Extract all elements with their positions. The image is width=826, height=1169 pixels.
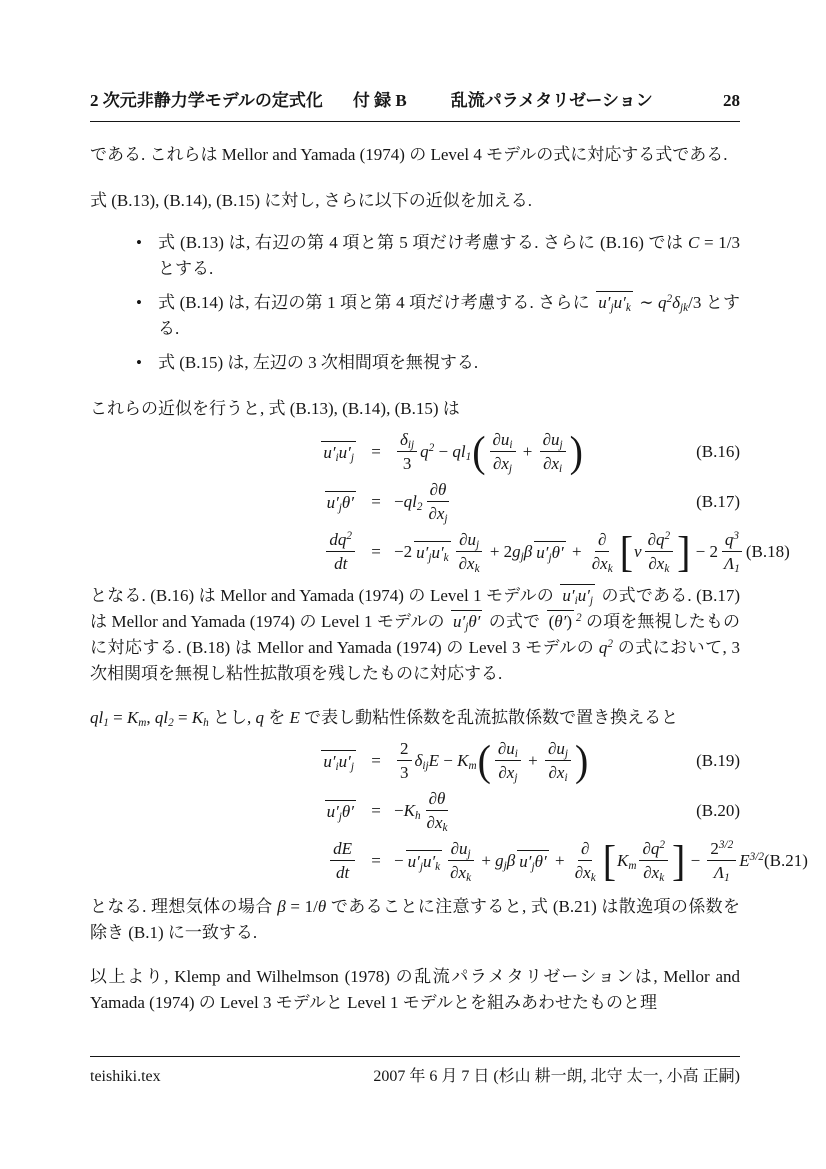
math-token: ∂uj xyxy=(451,839,471,858)
math-token: K xyxy=(457,751,468,770)
math-token: ql2 xyxy=(404,489,423,515)
equation-row: dEdt=−u′ju′k∂uj∂xk + gjβu′jθ′ + ∂∂xk[Km∂… xyxy=(90,839,740,882)
math-token: ∂xk xyxy=(427,813,448,832)
math-token: u′j xyxy=(416,543,431,562)
math-token: ν xyxy=(634,539,642,565)
fraction: ∂q2∂xk xyxy=(639,839,668,882)
text-run: を xyxy=(264,708,290,727)
equation-row: u′jθ′=−Kh∂θ∂xk(B.20) xyxy=(90,789,740,832)
equation-rhs: −ql2∂θ∂xj xyxy=(394,480,454,523)
equation-relation: = xyxy=(358,748,394,774)
equation-rhs: δij3q2 − ql1(∂ui∂xj + ∂uj∂xi) xyxy=(394,430,584,473)
math-token: u′ xyxy=(416,543,428,562)
math-token: u′i xyxy=(562,586,577,605)
math-script: k xyxy=(435,861,440,873)
text-run: で表し動粘性係数を乱流拡散係数で置き換えると xyxy=(300,708,678,727)
equation-relation: = xyxy=(358,489,394,515)
math-token: q xyxy=(420,442,429,461)
math-script: 2 xyxy=(664,530,670,542)
math-token: ∂xj xyxy=(428,504,447,523)
math-token: ∂x xyxy=(427,813,443,832)
bullet-icon: • xyxy=(136,350,142,376)
math-script: j xyxy=(560,439,563,451)
math-token: ∂xi xyxy=(540,452,565,473)
math-token: q2 xyxy=(599,638,613,657)
math-token: u′ xyxy=(423,852,435,871)
math-token: ∂uj xyxy=(448,839,474,861)
equation-row: dq2dt=−2u′ju′k∂uj∂xk + 2gjβu′jθ′ + ∂∂xk[… xyxy=(90,530,740,573)
inline-math: q xyxy=(256,708,265,727)
math-token: g xyxy=(495,851,504,870)
math-token: C xyxy=(688,233,699,252)
math-token: dE xyxy=(330,839,355,861)
math-token: dE xyxy=(333,839,352,858)
math-token: ∂u xyxy=(451,839,468,858)
math-token: dt xyxy=(334,554,347,573)
equation-number: (B.21) xyxy=(764,848,808,874)
math-token: u′ xyxy=(323,752,335,771)
inline-math: ql1 = Km, ql2 = Kh xyxy=(90,708,209,727)
math-token: ∂u xyxy=(548,739,565,758)
math-token: ∂xi xyxy=(548,763,567,782)
math-token: u′j xyxy=(327,802,342,821)
inline-math: E xyxy=(290,708,300,727)
math-token: ∂x xyxy=(498,763,514,782)
text-run: である. これらは Mellor and Yamada (1974) の Lev… xyxy=(90,145,728,164)
math-token: + 2 xyxy=(486,539,513,565)
math-token: ∂xi xyxy=(545,761,570,782)
math-token: θ′ xyxy=(552,543,564,562)
math-token: + xyxy=(519,439,537,465)
math-token: ∂xj xyxy=(425,502,450,523)
math-token: ∂xk xyxy=(575,863,596,882)
math-token: 23/2 xyxy=(707,839,736,861)
equation-number: (B.19) xyxy=(696,748,740,774)
fraction: ∂uj∂xi xyxy=(540,430,566,473)
math-token: ∂ xyxy=(581,839,589,858)
math-token: u′ xyxy=(578,586,590,605)
math-token: ∂uj xyxy=(545,739,571,761)
math-script: ij xyxy=(408,439,414,451)
math-token: − xyxy=(394,798,404,824)
math-token: K xyxy=(617,851,628,870)
page-content: 2 次元非静力学モデルの定式化 付 録 B 乱流パラメタリゼーション 28 であ… xyxy=(90,88,740,1016)
paragraph-approximations-intro: 式 (B.13), (B.14), (B.15) に対し, さらに以下の近似を加… xyxy=(90,188,740,214)
math-token: ∂xj xyxy=(498,763,517,782)
fraction: ∂∂xk xyxy=(589,530,616,573)
math-token: ∂x xyxy=(643,863,659,882)
inline-math: u′iu′j xyxy=(558,586,597,605)
math-token: ∂xj xyxy=(490,452,515,473)
math-token: ∂ xyxy=(595,530,609,552)
math-token: ∂xk xyxy=(589,552,616,573)
math-token: β xyxy=(277,897,285,916)
math-token: Λ xyxy=(714,863,724,882)
math-token: + xyxy=(568,539,586,565)
text-run: 以上より, Klemp and Wilhelmson (1978) の乱流パラメ… xyxy=(90,967,744,1012)
overline-term: (θ′) xyxy=(547,610,574,632)
math-token: ∂x xyxy=(543,454,559,473)
math-token: β xyxy=(524,539,532,565)
math-token: ∂xj xyxy=(493,454,512,473)
text-run: 式 (B.14) は, 右辺の第 1 項と第 4 項だけ考慮する. さらに xyxy=(158,293,594,312)
text-run: 式 (B.13) は, 右辺の第 4 項と第 5 項だけ考慮する. さらに (B… xyxy=(158,233,688,252)
math-token: θ′ xyxy=(535,852,547,871)
math-token: E xyxy=(429,748,439,774)
math-token: δij xyxy=(400,430,414,449)
math-token: + xyxy=(551,848,569,874)
paragraph-intro: である. これらは Mellor and Yamada (1974) の Lev… xyxy=(90,142,740,168)
text-run: 式 (B.13), (B.14), (B.15) に対し, さらに以下の近似を加… xyxy=(90,191,532,210)
overline-term: u′jθ′ xyxy=(517,850,548,872)
math-token: u′k xyxy=(431,543,448,562)
inline-math: u′jθ′ xyxy=(449,612,484,631)
math-token: ∂u xyxy=(493,430,510,449)
inline-math: u′ju′k ∼ q2δjk/3 xyxy=(594,293,701,312)
math-token: dt xyxy=(336,863,349,882)
math-token: u′ xyxy=(453,612,465,631)
math-token: −2 xyxy=(394,539,412,565)
overline-term: u′jθ′ xyxy=(534,541,565,563)
math-token: u′ xyxy=(536,543,548,562)
math-token: − xyxy=(686,848,704,874)
math-token: E3/2 xyxy=(739,848,764,874)
equation-lhs: u′jθ′ xyxy=(90,491,358,513)
approximation-list: •式 (B.13) は, 右辺の第 4 項と第 5 項だけ考慮する. さらに (… xyxy=(136,230,740,376)
math-token: ∂uj xyxy=(459,530,479,549)
math-script: 3/2 xyxy=(719,839,733,851)
bullet-icon: • xyxy=(136,230,142,256)
page-header: 2 次元非静力学モデルの定式化 付 録 B 乱流パラメタリゼーション 28 xyxy=(90,88,740,122)
overline-term: u′jθ′ xyxy=(325,491,356,513)
overline-term: u′ju′k xyxy=(414,541,451,563)
math-token: ∂θ xyxy=(427,480,450,502)
overline-term: u′iu′j xyxy=(321,750,356,772)
math-token: Λ xyxy=(724,554,734,573)
list-item-text: 式 (B.15) は, 左辺の 3 次相間項を無視する. xyxy=(158,353,478,372)
math-token: u′j xyxy=(519,852,534,871)
math-token: ∂x xyxy=(592,554,608,573)
math-token: δjk xyxy=(672,293,688,312)
math-token: u′i xyxy=(323,752,338,771)
math-token: Kh xyxy=(404,798,421,824)
math-token: ∂xk xyxy=(456,552,483,573)
math-script: k xyxy=(659,872,664,884)
math-token: = xyxy=(109,708,127,727)
math-token: 3 xyxy=(397,761,412,782)
math-token: gj xyxy=(512,539,524,565)
list-item: •式 (B.14) は, 右辺の第 1 項と第 4 項だけ考慮する. さらに u… xyxy=(136,290,740,342)
math-token: − xyxy=(394,848,404,874)
math-token: /3 xyxy=(688,293,701,312)
list-item-text: 式 (B.14) は, 右辺の第 1 項と第 4 項だけ考慮する. さらに u′… xyxy=(158,293,740,338)
math-token: ∂q2 xyxy=(648,530,671,549)
math-token: E xyxy=(290,708,300,727)
math-token: ∂x xyxy=(459,554,475,573)
page-footer: teishiki.tex 2007 年 6 月 7 日 (杉山 耕一朗, 北守 … xyxy=(90,1056,740,1090)
fraction: ∂θ∂xk xyxy=(424,789,451,832)
bullet-icon: • xyxy=(136,290,142,316)
math-token: ∂ui xyxy=(498,739,518,758)
math-token: Km xyxy=(457,748,476,774)
math-token: ∂ xyxy=(578,839,592,861)
math-token: ∂q xyxy=(642,839,659,858)
math-token: ∂uj xyxy=(548,739,568,758)
math-token: ∂x xyxy=(428,504,444,523)
overline-term: u′jθ′ xyxy=(451,610,482,632)
math-token: u′ xyxy=(339,443,351,462)
math-script: j xyxy=(444,513,447,525)
delimited-group: [Km∂q2∂xk] xyxy=(602,839,687,882)
math-token: ∂x xyxy=(493,454,509,473)
math-token: K xyxy=(404,801,415,820)
equation-relation: = xyxy=(358,798,394,824)
math-token: Km xyxy=(617,848,636,874)
math-script: i xyxy=(564,772,567,784)
delimited-group: [ν∂q2∂xk] xyxy=(619,530,692,573)
math-token: ) xyxy=(566,612,572,631)
equation-block-1: u′iu′j=δij3q2 − ql1(∂ui∂xj + ∂uj∂xi)(B.1… xyxy=(90,430,740,573)
math-token: u′j xyxy=(339,752,354,771)
fraction: 23 xyxy=(397,739,412,782)
math-script: i xyxy=(515,748,518,760)
math-token: δ xyxy=(672,293,680,312)
math-token: Λ1 xyxy=(714,863,730,882)
math-token: ∂θ xyxy=(430,480,447,499)
math-token: u′j xyxy=(536,543,551,562)
math-token: ∂θ xyxy=(426,789,449,811)
equation-relation: = xyxy=(358,439,394,465)
math-token: ∂u xyxy=(543,430,560,449)
equation-row: u′iu′j=23δijE − Km(∂ui∂xj + ∂uj∂xi)(B.19… xyxy=(90,739,740,782)
math-token: ∂ui xyxy=(493,430,513,449)
math-script: j xyxy=(351,452,354,464)
math-token: ql xyxy=(404,492,417,511)
math-token: ql xyxy=(90,708,103,727)
math-token: u′ xyxy=(323,443,335,462)
equation-number: (B.18) xyxy=(746,539,790,565)
math-script: 2 xyxy=(659,839,665,851)
math-token: ∂x xyxy=(450,863,466,882)
paragraph-note: となる. 理想気体の場合 β = 1/θ であることに注意すると, 式 (B.2… xyxy=(90,894,740,946)
paragraph-discussion: となる. (B.16) は Mellor and Yamada (1974) の… xyxy=(90,583,740,687)
equation-row: u′iu′j=δij3q2 − ql1(∂ui∂xj + ∂uj∂xi)(B.1… xyxy=(90,430,740,473)
fraction: ∂θ∂xj xyxy=(425,480,450,523)
fraction: ∂q2∂xk xyxy=(645,530,674,573)
text-run: の式で xyxy=(484,612,544,631)
overline-term: u′ju′k xyxy=(596,291,633,313)
math-token: gj xyxy=(495,848,507,874)
paragraph-result-intro: これらの近似を行うと, 式 (B.13), (B.14), (B.15) は xyxy=(90,396,740,422)
math-token: Λ1 xyxy=(724,554,740,573)
page-body: である. これらは Mellor and Yamada (1974) の Lev… xyxy=(90,142,740,1016)
math-token: u′k xyxy=(614,293,631,312)
equation-relation: = xyxy=(358,848,394,874)
delimited-group: (∂ui∂xj + ∂uj∂xi) xyxy=(477,739,590,782)
math-token: u′ xyxy=(327,493,339,512)
fraction: ∂uj∂xi xyxy=(545,739,571,782)
inline-math: (θ′)2 xyxy=(545,612,582,631)
fraction: ∂ui∂xj xyxy=(495,739,521,782)
math-token: q2 xyxy=(420,439,434,465)
footer-date-authors: 2007 年 6 月 7 日 (杉山 耕一朗, 北守 太一, 小高 正嗣) xyxy=(373,1064,740,1090)
math-script: k xyxy=(591,872,596,884)
math-token: + xyxy=(477,848,495,874)
equation-number: (B.16) xyxy=(696,439,740,465)
list-item: •式 (B.15) は, 左辺の 3 次相間項を無視する. xyxy=(136,350,740,376)
math-token: ∂xi xyxy=(543,454,562,473)
fraction: δij3 xyxy=(397,430,417,473)
math-token: u′ xyxy=(339,752,351,771)
inline-math: C = 1/3 xyxy=(688,233,740,252)
document-page: 2 次元非静力学モデルの定式化 付 録 B 乱流パラメタリゼーション 28 であ… xyxy=(0,0,826,1169)
math-token: K xyxy=(192,708,203,727)
math-script: 3/2 xyxy=(750,851,764,863)
math-token: 3 xyxy=(400,763,409,782)
fraction: ∂uj∂xk xyxy=(447,839,474,882)
math-token: ∂xk xyxy=(592,554,613,573)
math-script: h xyxy=(415,810,421,822)
math-token: u′ xyxy=(562,586,574,605)
overline-term: u′iu′j xyxy=(321,441,356,463)
fraction: ∂ui∂xj xyxy=(490,430,516,473)
math-token: ∂ui∂xj + ∂uj∂xi xyxy=(492,739,574,782)
math-token: u′j xyxy=(578,586,593,605)
math-token: Km xyxy=(127,708,146,727)
math-token: ∂q2 xyxy=(645,530,674,552)
math-token: Kh xyxy=(192,708,209,727)
equation-row: u′jθ′=−ql2∂θ∂xj(B.17) xyxy=(90,480,740,523)
math-token: + xyxy=(524,748,542,774)
math-token: δij xyxy=(415,748,429,774)
math-script: k xyxy=(626,302,631,314)
math-token: − xyxy=(439,748,457,774)
math-token: , xyxy=(146,708,155,727)
math-token: dq2 xyxy=(329,530,352,549)
math-token: − xyxy=(394,489,404,515)
math-token: ∂xk xyxy=(450,863,471,882)
fraction: ∂∂xk xyxy=(572,839,599,882)
math-token: ∂ xyxy=(598,530,606,549)
math-token: q3 xyxy=(725,530,739,549)
math-token: = 1/3 xyxy=(699,233,740,252)
math-token: ∂xk xyxy=(643,863,664,882)
paragraph-substitution: ql1 = Km, ql2 = Kh とし, q を E で表し動粘性係数を乱流… xyxy=(90,705,740,731)
math-token: ∂xk xyxy=(572,861,599,882)
math-token: ∂u xyxy=(498,739,515,758)
math-token: E xyxy=(739,851,749,870)
equation-relation: = xyxy=(358,539,394,565)
math-token: ∂q xyxy=(648,530,665,549)
math-token: β xyxy=(507,848,515,874)
math-token: u′ xyxy=(431,543,443,562)
delimited-group: (∂ui∂xj + ∂uj∂xi) xyxy=(471,430,584,473)
math-token: ∂xk xyxy=(645,552,672,573)
math-script: 1 xyxy=(724,872,730,884)
text-run: となる. 理想気体の場合 xyxy=(90,897,277,916)
paragraph-conclusion: 以上より, Klemp and Wilhelmson (1978) の乱流パラメ… xyxy=(90,964,740,1016)
math-token: u′j xyxy=(598,293,613,312)
text-run: これらの近似を行うと, 式 (B.13), (B.14), (B.15) は xyxy=(90,399,460,418)
math-token: K xyxy=(127,708,138,727)
fraction: dq2dt xyxy=(326,530,355,573)
math-script: j xyxy=(476,539,479,551)
text-run: となる. (B.16) は Mellor and Yamada (1974) の… xyxy=(90,586,558,605)
math-script: k xyxy=(444,552,449,564)
math-script: j xyxy=(514,772,517,784)
math-token: q xyxy=(256,708,265,727)
math-token: ν∂q2∂xk xyxy=(634,530,676,573)
math-script: m xyxy=(468,760,476,772)
math-token: ∂uj xyxy=(540,430,566,452)
math-token: 3 xyxy=(400,452,415,473)
math-token: u′ xyxy=(519,852,531,871)
math-token: θ′ xyxy=(554,612,566,631)
math-token: − 2 xyxy=(691,539,718,565)
footer-filename: teishiki.tex xyxy=(90,1064,161,1090)
inline-math: β = 1/θ xyxy=(277,897,326,916)
equation-rhs: −u′ju′k∂uj∂xk + gjβu′jθ′ + ∂∂xk[Km∂q2∂xk… xyxy=(394,839,764,882)
math-script: 2 xyxy=(417,500,423,512)
math-token: θ′ xyxy=(342,802,354,821)
math-token: u′k xyxy=(423,852,440,871)
math-token: q2 xyxy=(658,293,672,312)
math-script: j xyxy=(509,463,512,475)
equation-lhs: dq2dt xyxy=(90,530,358,573)
math-token: Λ1 xyxy=(711,861,733,882)
math-script: i xyxy=(509,439,512,451)
math-token: u′ xyxy=(408,852,420,871)
fraction: 23/2Λ1 xyxy=(707,839,736,882)
running-head: 2 次元非静力学モデルの定式化 付 録 B 乱流パラメタリゼーション 28 xyxy=(90,88,740,122)
math-script: 3 xyxy=(733,530,739,542)
math-script: k xyxy=(475,563,480,575)
list-item: •式 (B.13) は, 右辺の第 4 項と第 5 項だけ考慮する. さらに (… xyxy=(136,230,740,282)
math-token: dq xyxy=(329,530,346,549)
math-token: ∂q2 xyxy=(639,839,668,861)
equation-rhs: −Kh∂θ∂xk xyxy=(394,789,453,832)
equation-rhs: −2u′ju′k∂uj∂xk + 2gjβu′jθ′ + ∂∂xk[ν∂q2∂x… xyxy=(394,530,746,573)
math-script: k xyxy=(443,822,448,834)
math-script: k xyxy=(608,563,613,575)
math-script: jk xyxy=(680,302,688,314)
overline-term: u′ju′k xyxy=(406,850,443,872)
math-token: 2 xyxy=(710,839,719,858)
math-token: u′ xyxy=(327,802,339,821)
inline-math: q2 xyxy=(599,638,613,657)
math-token: ∂xk xyxy=(424,811,451,832)
math-token: ∂xk xyxy=(459,554,480,573)
math-token: = 1/ xyxy=(286,897,318,916)
math-token: ql1 xyxy=(90,708,109,727)
math-token: ∂xk xyxy=(640,861,667,882)
math-token: ∼ xyxy=(635,293,658,312)
math-script: k xyxy=(664,563,669,575)
fraction: q3Λ1 xyxy=(721,530,743,573)
math-token: ql xyxy=(452,442,465,461)
math-token: 2 xyxy=(397,739,412,761)
math-script: m xyxy=(628,860,636,872)
math-script: 2 xyxy=(346,530,352,542)
list-item-text: 式 (B.13) は, 右辺の第 4 項と第 5 項だけ考慮する. さらに (B… xyxy=(158,233,744,278)
math-token: ∂xj xyxy=(495,761,520,782)
math-token: u′j xyxy=(327,493,342,512)
math-token: ∂x xyxy=(575,863,591,882)
math-token: ∂θ xyxy=(429,789,446,808)
math-token: u′j xyxy=(339,443,354,462)
math-token: δ xyxy=(400,430,408,449)
equation-lhs: u′jθ′ xyxy=(90,800,358,822)
